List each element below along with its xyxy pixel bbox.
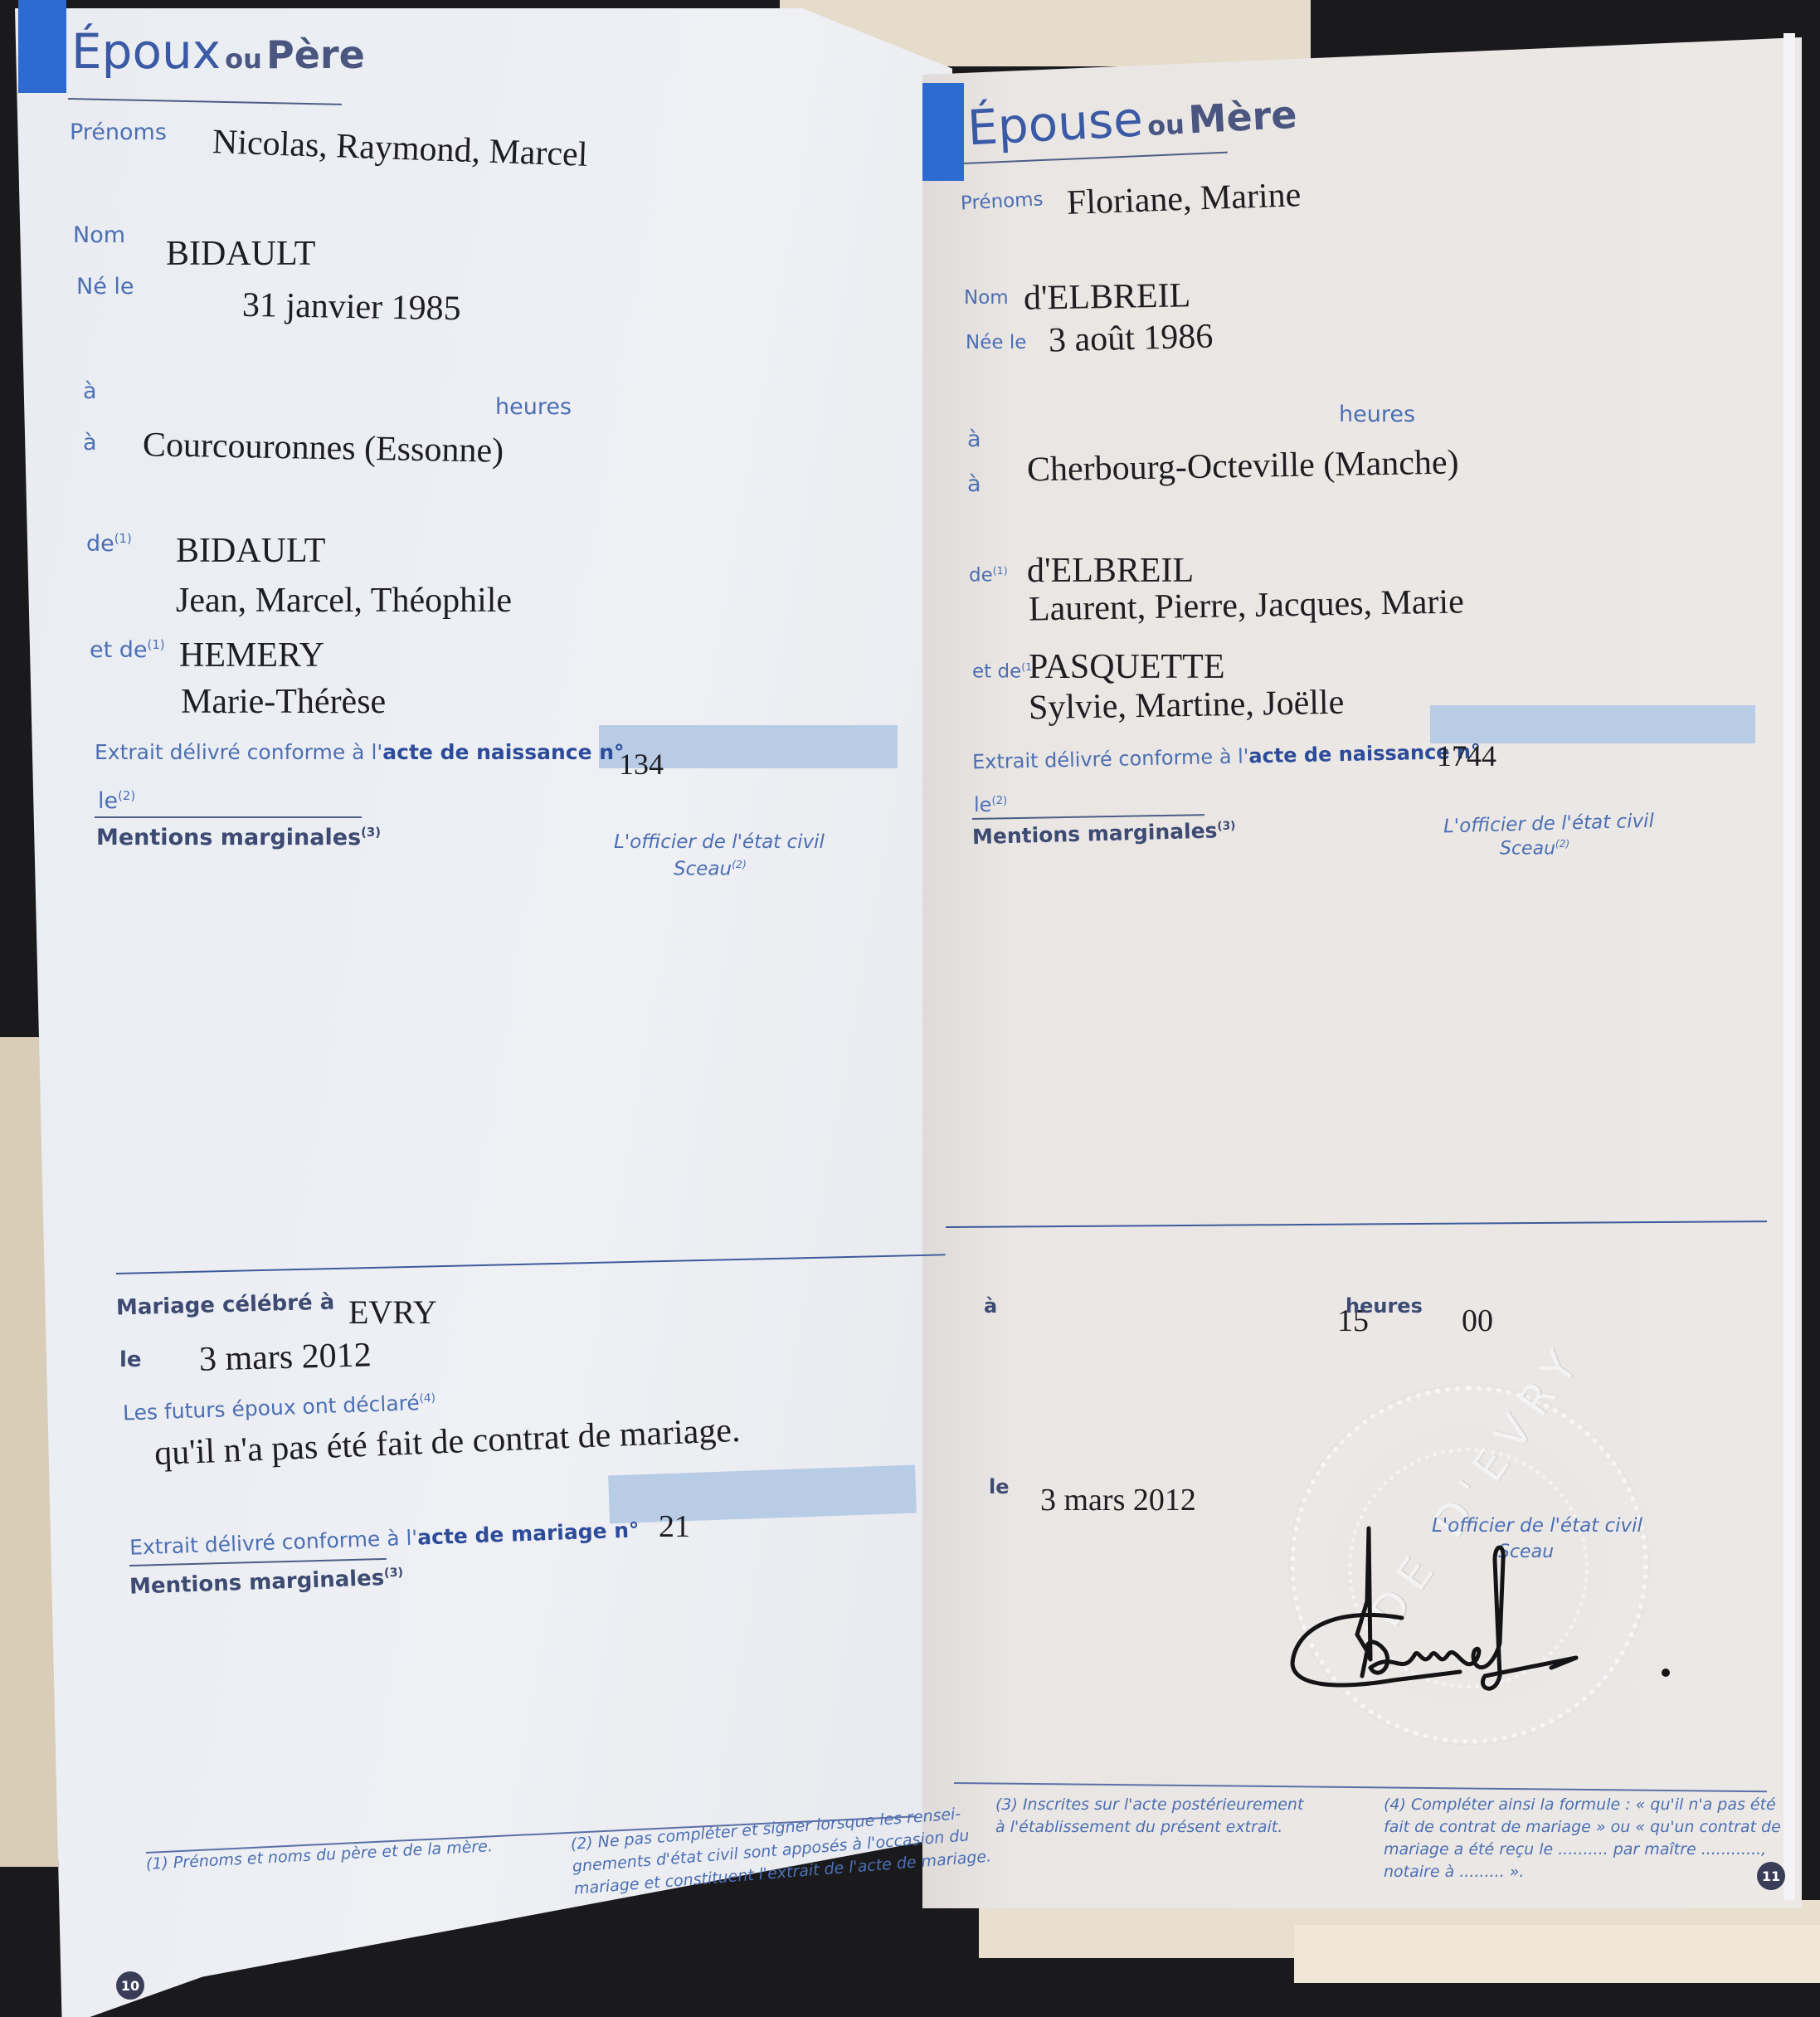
label-marriage-le: le: [119, 1347, 142, 1372]
spouse1-father-prenoms: Jean, Marcel, Théophile: [176, 581, 512, 621]
spouse1-birth-date: 31 janvier 1985: [242, 285, 461, 329]
label-heures: heures: [1339, 402, 1415, 427]
spouse2-prenoms: Floriane, Marine: [1066, 175, 1302, 223]
label-heures: heures: [495, 394, 572, 420]
page-edge: [1784, 33, 1795, 1900]
spouse2-birth-place: Cherbourg-Octeville (Manche): [1027, 442, 1459, 490]
marriage-issued-date: 3 mars 2012: [1040, 1482, 1196, 1518]
section-marker: [922, 83, 964, 181]
label-marriage-heures: heures: [1346, 1294, 1423, 1318]
label-le: le(2): [974, 793, 1007, 816]
marriage-date: 3 mars 2012: [198, 1335, 372, 1379]
spouse1-mother-nom: HEMERY: [179, 636, 324, 675]
spouse2-father-prenoms: Laurent, Pierre, Jacques, Marie: [1029, 582, 1465, 629]
label-prenoms: Prénoms: [960, 188, 1044, 214]
marriage-place: EVRY: [348, 1293, 437, 1332]
label-nom: Nom: [964, 287, 1009, 309]
spouse1-mother-prenoms: Marie-Thérèse: [181, 682, 386, 722]
label-sceau: Sceau(2): [1500, 838, 1569, 859]
label-et-de: et de(1): [90, 637, 165, 663]
label-nee-le: Née le: [966, 332, 1026, 353]
label-prenoms: Prénoms: [70, 119, 167, 145]
label-le: le(2): [98, 788, 135, 814]
spouse2-birth-act-number: 1744: [1437, 738, 1496, 773]
spouse1-nom: BIDAULT: [166, 234, 315, 274]
left-page: [15, 8, 952, 2017]
label-issued-le: le: [989, 1475, 1010, 1498]
spouse2-father-nom: d'ELBREIL: [1027, 551, 1194, 591]
label-et-de: et de(1): [972, 660, 1036, 683]
label-a-place: à: [83, 430, 97, 456]
spouse2-mother-nom: PASQUETTE: [1029, 647, 1224, 687]
label-nom: Nom: [73, 222, 125, 248]
label-ne-le: Né le: [76, 274, 134, 300]
page-number-right: 11: [1757, 1862, 1785, 1890]
cover-strap-bottom-2: [1294, 1925, 1820, 1983]
label-de: de(1): [969, 564, 1008, 587]
spouse2-mother-prenoms: Sylvie, Martine, Joëlle: [1029, 683, 1345, 728]
marriage-minutes: 00: [1462, 1303, 1493, 1339]
page-number-left: 10: [116, 1971, 144, 2000]
date-underline: [95, 816, 362, 818]
spouse2-nom: d'ELBREIL: [1024, 275, 1191, 319]
label-officier: L'officier de l'état civil: [614, 831, 825, 853]
marriage-act-number: 21: [659, 1508, 690, 1545]
footnote-4: (4) Compléter ainsi la formule : « qu'il…: [1384, 1794, 1781, 1883]
label-de: de(1): [86, 531, 132, 557]
officer-signature: [1277, 1510, 1692, 1709]
label-marriage-a: à: [984, 1294, 997, 1318]
spouse2-birth-date: 3 août 1986: [1048, 316, 1214, 360]
label-sceau: Sceau(2): [674, 858, 747, 880]
spouse1-heading: Époux ou Père: [71, 23, 365, 80]
label-mentions: Mentions marginales(3): [96, 825, 381, 850]
label-extrait-naissance: Extrait délivré conforme à l'acte de nai…: [95, 740, 625, 764]
spouse1-birth-place: Courcouronnes (Essonne): [143, 425, 504, 471]
label-a-time: à: [83, 378, 97, 404]
footnote-3: (3) Inscrites sur l'acte postérieurement…: [995, 1794, 1303, 1839]
spouse1-birth-act-number: 134: [619, 747, 664, 782]
section-marker: [18, 0, 66, 93]
label-a-time: à: [967, 426, 981, 452]
label-a-place: à: [967, 471, 981, 497]
spouse1-father-nom: BIDAULT: [176, 531, 325, 571]
